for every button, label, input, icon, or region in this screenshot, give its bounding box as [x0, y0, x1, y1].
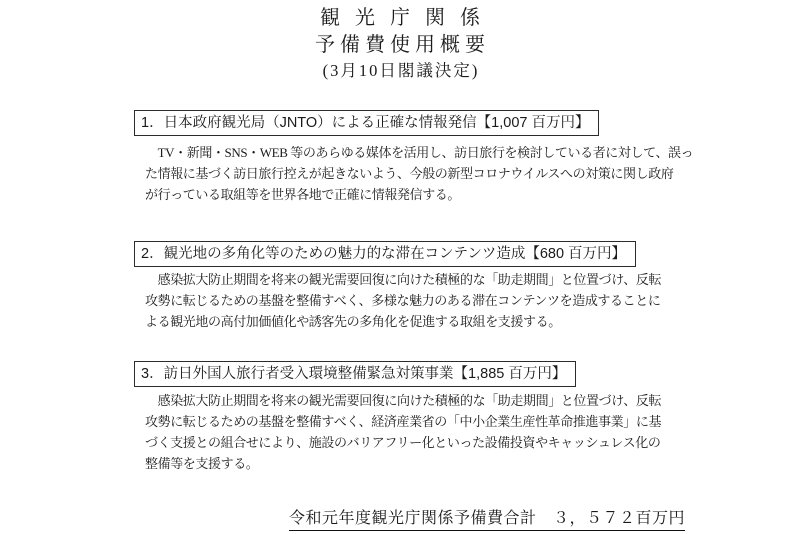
- section-2-heading-box: 2．観光地の多角化等のための魅力的な滞在コンテンツ造成【680 百万円】: [134, 241, 636, 267]
- section-1-body-line: た情報に基づく訪日旅行控えが起きないよう、今般の新型コロナウイルスへの対策に関し…: [145, 163, 693, 184]
- section-2-body: 感染拡大防止期間を将来の観光需要回復に向けた積極的な「助走期間」と位置づけ、反転…: [145, 269, 661, 332]
- title-line-3: (3月10日閣議決定): [0, 59, 800, 82]
- section-3-body: 感染拡大防止期間を将来の観光需要回復に向けた積極的な「助走期間」と位置づけ、反転…: [145, 390, 661, 474]
- section-2-heading: 2．観光地の多角化等のための魅力的な滞在コンテンツ造成【680 百万円】: [141, 246, 626, 262]
- section-2-body-line: よる観光地の高付加価値化や誘客先の多角化を促進する取組を支援する。: [145, 311, 661, 332]
- footer-total: 令和元年度観光庁関係予備費合計 ３，５７２百万円: [289, 505, 685, 531]
- section-1-heading: 1．日本政府観光局（JNTO）による正確な情報発信【1,007 百万円】: [141, 115, 589, 131]
- section-3-body-line: づく支援との組合せにより、施設のバリアフリー化といった設備投資やキャッシュレス化…: [145, 432, 661, 453]
- title-line-1: 観光庁関係: [0, 5, 800, 32]
- title-line-2: 予備費使用概要: [0, 32, 800, 59]
- section-1-body-line: TV・新聞・SNS・WEB 等のあらゆる媒体を活用し、訪日旅行を検討している者に…: [145, 142, 693, 163]
- section-3-body-line: 感染拡大防止期間を将来の観光需要回復に向けた積極的な「助走期間」と位置づけ、反転: [145, 390, 661, 411]
- document-page: 観光庁関係 予備費使用概要 (3月10日閣議決定) 1．日本政府観光局（JNTO…: [0, 0, 800, 534]
- section-3-heading-box: 3．訪日外国人旅行者受入環境整備緊急対策事業【1,885 百万円】: [134, 361, 576, 387]
- section-1-heading-box: 1．日本政府観光局（JNTO）による正確な情報発信【1,007 百万円】: [134, 110, 599, 136]
- section-1-body-line: が行っている取組等を世界各地で正確に情報発信する。: [145, 184, 693, 205]
- section-2-body-line: 感染拡大防止期間を将来の観光需要回復に向けた積極的な「助走期間」と位置づけ、反転: [145, 269, 661, 290]
- section-3-body-line: 攻勢に転じるための基盤を整備すべく、経済産業省の「中小企業生産性革命推進事業」に…: [145, 411, 661, 432]
- document-title: 観光庁関係 予備費使用概要 (3月10日閣議決定): [0, 5, 800, 82]
- section-2-body-line: 攻勢に転じるための基盤を整備すべく、多様な魅力のある滞在コンテンツを造成すること…: [145, 290, 661, 311]
- section-3-body-line: 整備等を支援する。: [145, 453, 661, 474]
- section-1-body: TV・新聞・SNS・WEB 等のあらゆる媒体を活用し、訪日旅行を検討している者に…: [145, 142, 693, 205]
- section-3-heading: 3．訪日外国人旅行者受入環境整備緊急対策事業【1,885 百万円】: [141, 366, 566, 382]
